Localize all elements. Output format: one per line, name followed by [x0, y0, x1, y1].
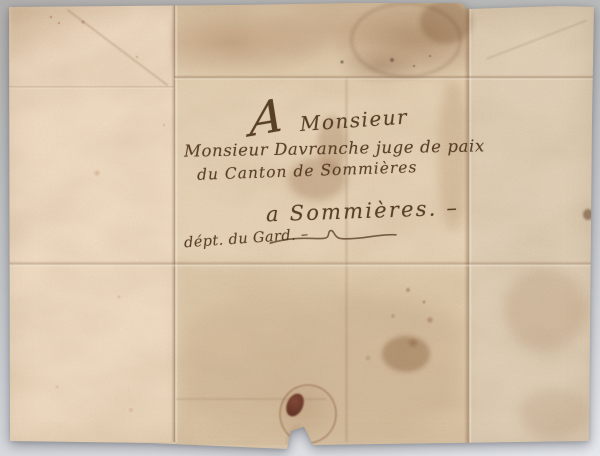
letter-paper-shadow: A Monsieur Monsieur Davranche juge de pa… — [0, 0, 600, 456]
wax-seal-spot — [283, 391, 307, 419]
postmark-circle — [350, 2, 462, 78]
photo-background: A Monsieur Monsieur Davranche juge de pa… — [0, 0, 600, 456]
bottom-tear-notch — [284, 422, 312, 444]
letter-paper: A Monsieur Monsieur Davranche juge de pa… — [0, 0, 600, 456]
